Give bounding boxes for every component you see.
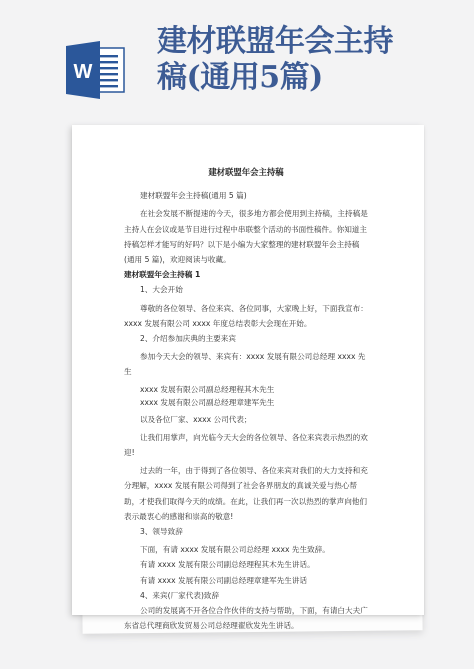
- document-title: 建材联盟年会主持稿: [124, 165, 368, 180]
- list-heading: 1、大会开始: [124, 282, 368, 297]
- word-icon: W: [66, 41, 126, 99]
- paragraph: 参加今天大会的领导、来宾有：xxxx 发展有限公司总经理 xxxx 先生: [124, 349, 368, 379]
- header-title-line2: 稿(通用5篇): [157, 60, 427, 96]
- paragraph: 让我们用掌声，向光临今天大会的各位领导、各位来宾表示热烈的欢迎!: [124, 430, 368, 460]
- paragraph: 尊敬的各位领导、各位来宾、各位同事，大家晚上好，下面我宣布：xxxx 发展有限公…: [124, 301, 368, 331]
- header: W 建材联盟年会主持 稿(通用5篇): [0, 0, 474, 115]
- paragraph: 以及各位厂家、xxxx 公司代表；: [124, 412, 368, 427]
- paragraph: 下面，有请 xxxx 发展有限公司总经理 xxxx 先生致辞。: [124, 542, 368, 557]
- paragraph: xxxx 发展有限公司副总经理章建军先生: [124, 396, 368, 409]
- document-page: 建材联盟年会主持稿 建材联盟年会主持稿(通用 5 篇) 在社会发展不断提速的今天…: [72, 125, 424, 615]
- document-subtitle: 建材联盟年会主持稿(通用 5 篇): [124, 188, 368, 203]
- paragraph: 在社会发展不断提速的今天，很多地方都会使用到主持稿，主持稿是主持人在会议或是节目…: [124, 206, 368, 267]
- document-body: 建材联盟年会主持稿 建材联盟年会主持稿(通用 5 篇) 在社会发展不断提速的今天…: [124, 165, 368, 633]
- paragraph: xxxx 发展有限公司副总经理程其木先生: [124, 383, 368, 396]
- paragraph: 过去的一年，由于得到了各位领导、各位来宾对我们的大力支持和充分理解，xxxx 发…: [124, 463, 368, 524]
- header-title-line1: 建材联盟年会主持: [157, 24, 427, 60]
- list-heading: 3、领导致辞: [124, 524, 368, 539]
- paragraph: 公司的发展离不开各位合作伙伴的支持与帮助，下面，有请白大夫广东省总代理商欣发贸易…: [124, 603, 368, 633]
- list-heading: 2、介绍参加庆典的主要来宾: [124, 331, 368, 346]
- section-heading: 建材联盟年会主持稿 1: [124, 267, 368, 282]
- header-title: 建材联盟年会主持 稿(通用5篇): [157, 24, 427, 96]
- list-heading: 4、来宾(厂家代表)致辞: [124, 588, 368, 603]
- paragraph: 有请 xxxx 发展有限公司副总经理程其木先生讲话。: [124, 557, 368, 572]
- svg-text:W: W: [74, 61, 93, 83]
- paragraph: 有请 xxxx 发展有限公司副总经理章建军先生讲话: [124, 573, 368, 588]
